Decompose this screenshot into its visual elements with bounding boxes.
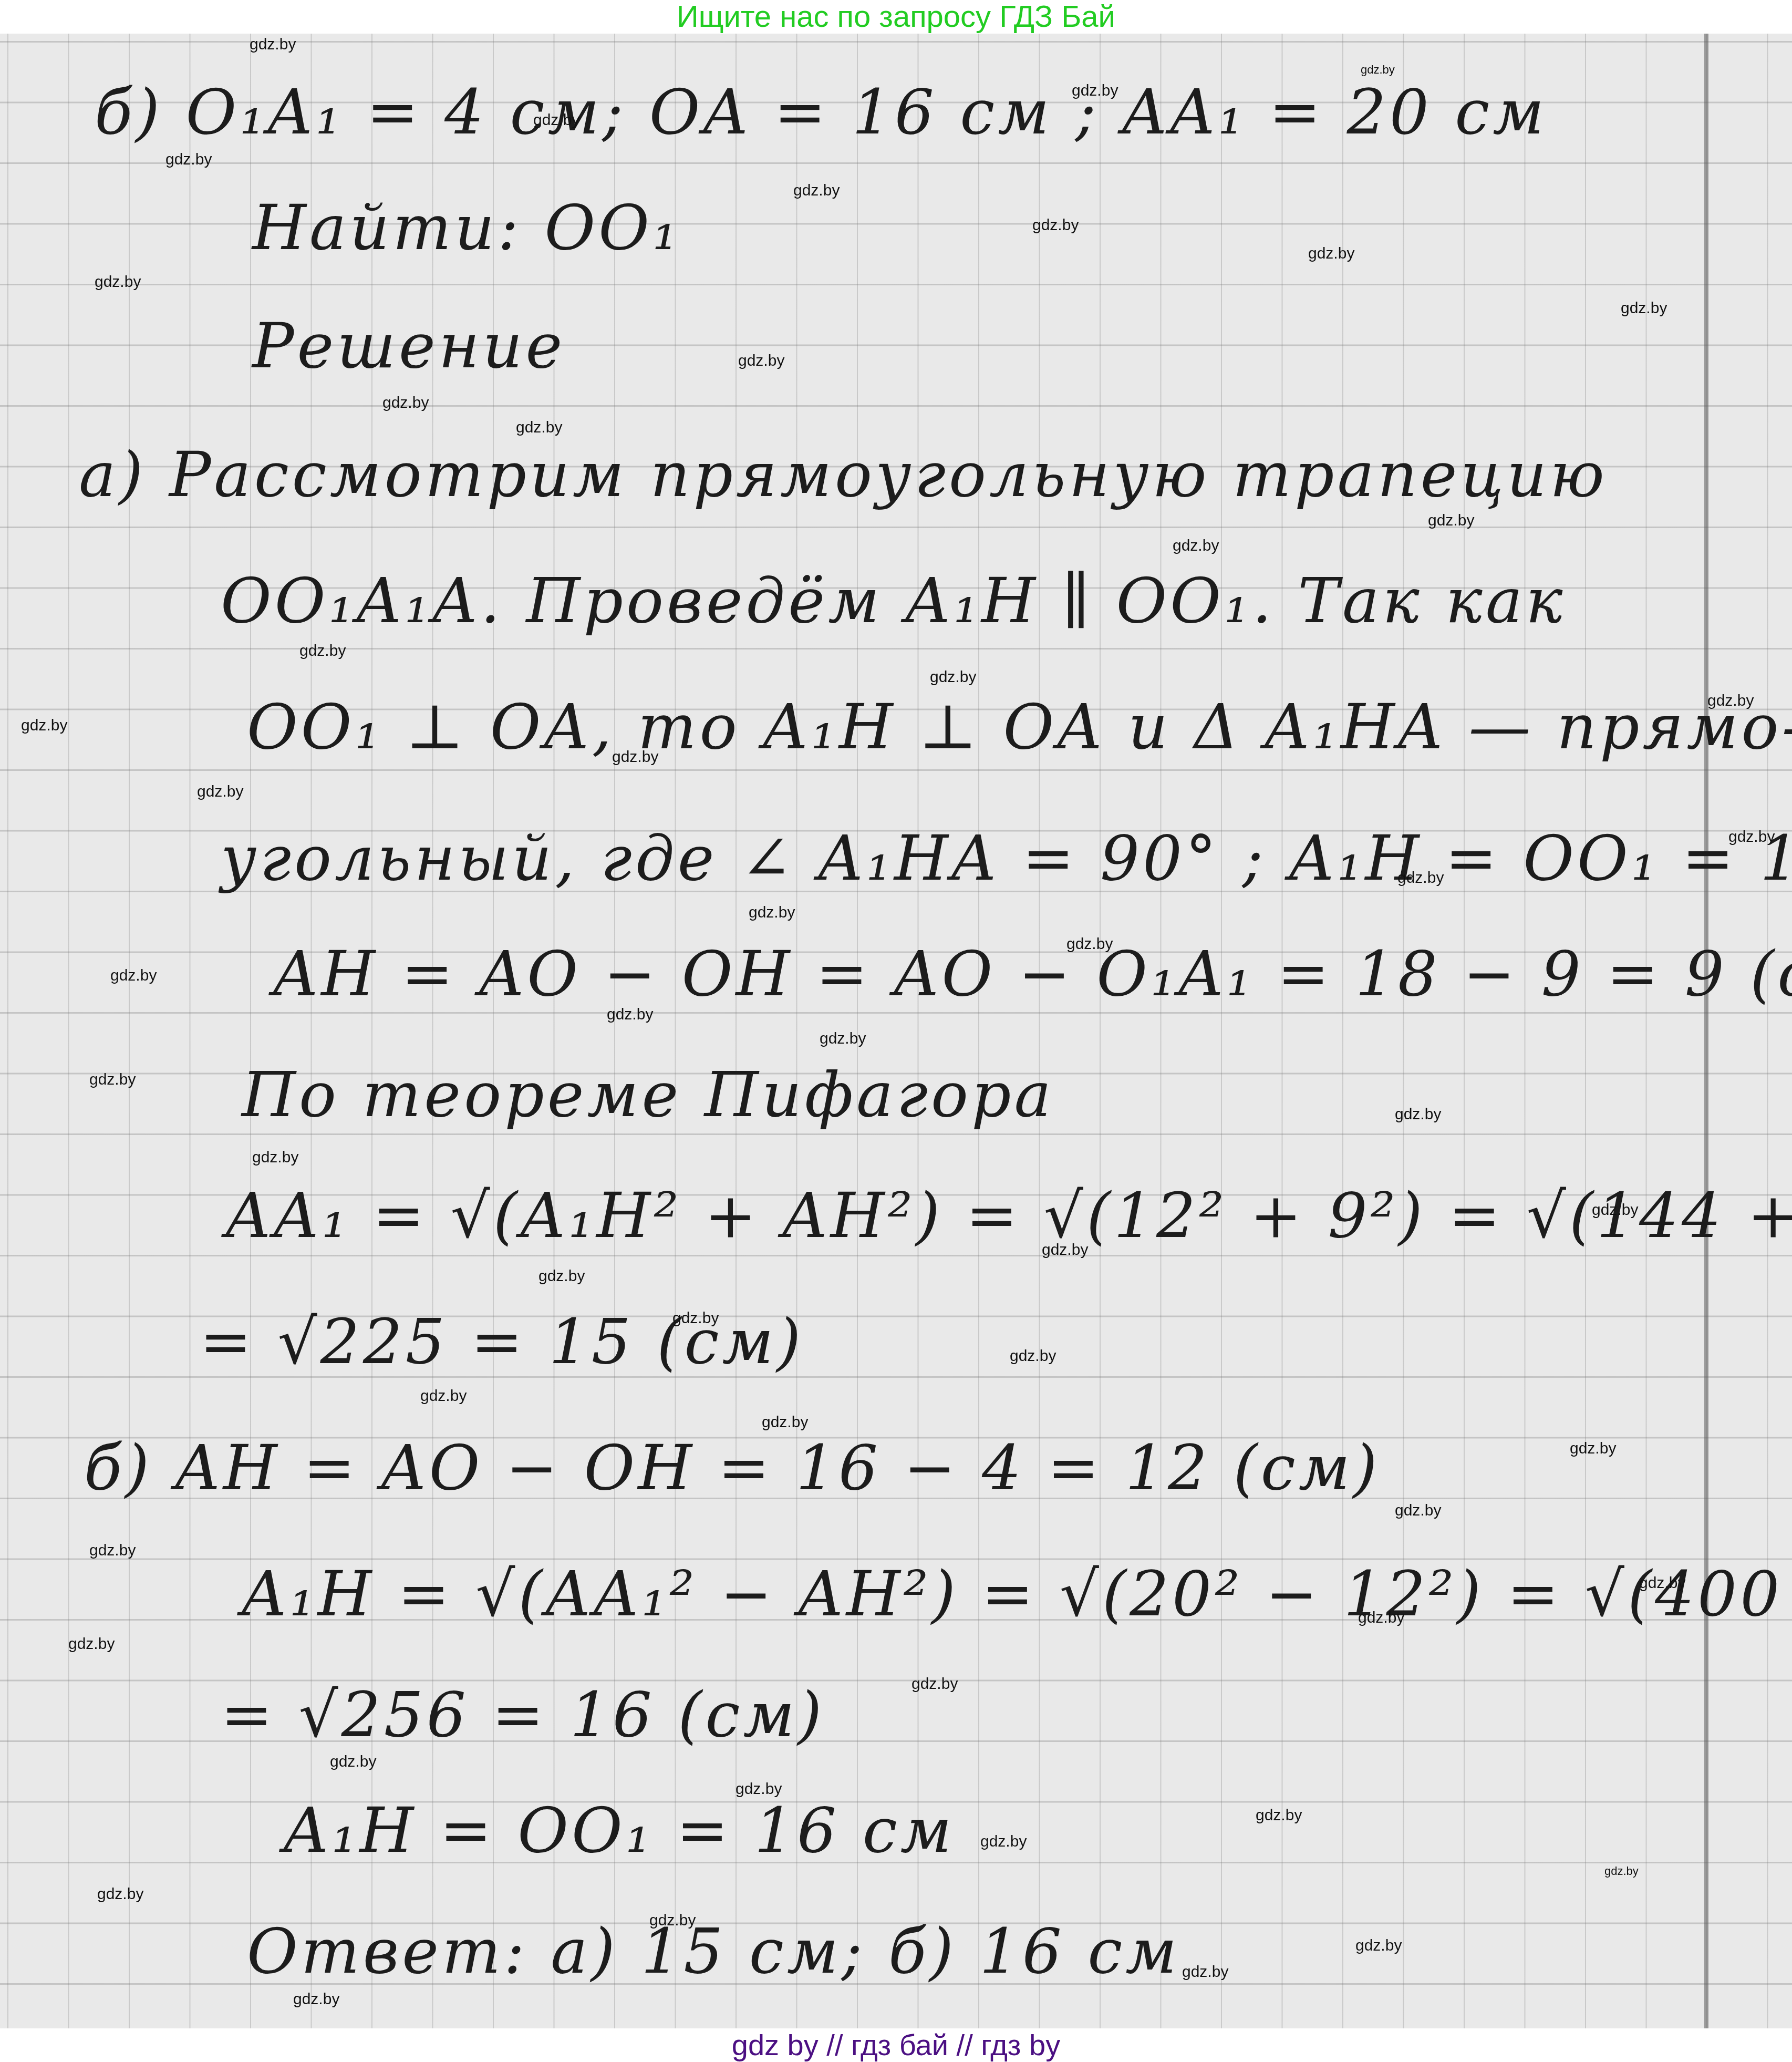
watermark: gdz.by: [1042, 1241, 1088, 1259]
watermark: gdz.by: [1428, 512, 1474, 530]
watermark: gdz.by: [250, 36, 296, 54]
site-footer-banner: gdz by // гдз бай // гдз by: [0, 2028, 1792, 2062]
watermark: gdz.by: [930, 668, 976, 686]
watermark: gdz.by: [1397, 869, 1444, 887]
watermark: gdz.by: [793, 182, 840, 200]
watermark: gdz.by: [672, 1310, 719, 1327]
watermark: gdz.by: [293, 1991, 339, 2008]
watermark: gdz.by: [89, 1071, 136, 1089]
watermark: gdz.by: [762, 1414, 808, 1431]
watermark: gdz.by: [1592, 1201, 1638, 1219]
watermark: gdz.by: [649, 1912, 696, 1930]
solution-line-b2: A₁H = √(AA₁² − AH²) = √(20² − 12²) = √(4…: [242, 1558, 1792, 1630]
watermark: gdz.by: [89, 1542, 136, 1560]
watermark: gdz.by: [980, 1833, 1027, 1851]
watermark: gdz.by: [1072, 82, 1118, 100]
solution-line-b3: = √256 = 16 (см): [221, 1678, 825, 1751]
watermark: gdz.by: [1173, 537, 1219, 555]
watermark: gdz.by: [1355, 1937, 1402, 1955]
watermark: gdz.by: [1010, 1347, 1056, 1365]
watermark: gdz.by: [165, 151, 212, 169]
watermark: gdz.by: [1639, 1574, 1685, 1592]
solution-line-b4: A₁H = OO₁ = 16 см: [284, 1794, 955, 1867]
notebook-page-scan: б) O₁A₁ = 4 см; OA = 16 см ; AA₁ = 20 см…: [0, 34, 1792, 2028]
solution-heading: Решение: [252, 310, 565, 382]
watermark: gdz.by: [516, 419, 562, 437]
watermark: gdz.by: [1395, 1106, 1441, 1123]
watermark: gdz.by: [607, 1006, 653, 1024]
watermark: gdz.by: [736, 1780, 782, 1798]
solution-line-a3: OO₁ ⊥ OA, то A₁H ⊥ OA и Δ A₁HA — прямо-: [247, 690, 1792, 763]
watermark: gdz.by: [110, 967, 157, 985]
pythagoras-heading: По теореме Пифагора: [242, 1058, 1054, 1131]
given-line: б) O₁A₁ = 4 см; OA = 16 см ; AA₁ = 20 см: [95, 76, 1547, 148]
watermark: gdz.by: [1604, 1864, 1639, 1878]
watermark: gdz.by: [1308, 245, 1354, 263]
watermark: gdz.by: [1066, 935, 1113, 953]
watermark: gdz.by: [97, 1885, 143, 1903]
solution-line-b1: б) AH = AO − OH = 16 − 4 = 12 (см): [84, 1431, 1381, 1504]
solution-line-a1: а) Рассмотрим прямоугольную трапецию: [79, 438, 1608, 511]
watermark: gdz.by: [1570, 1440, 1616, 1458]
watermark: gdz.by: [382, 394, 429, 412]
watermark: gdz.by: [1361, 63, 1395, 77]
solution-line-a2: OO₁A₁A. Проведём A₁H ∥ OO₁. Так как: [221, 564, 1566, 637]
watermark: gdz.by: [1358, 1609, 1404, 1627]
find-line: Найти: OO₁: [252, 191, 680, 264]
watermark: gdz.by: [1032, 216, 1079, 234]
watermark: gdz.by: [299, 642, 346, 660]
watermark: gdz.by: [1707, 692, 1754, 710]
watermark: gdz.by: [197, 783, 243, 801]
watermark: gdz.by: [749, 904, 795, 922]
watermark: gdz.by: [538, 1267, 585, 1285]
watermark: gdz.by: [738, 352, 784, 370]
watermark: gdz.by: [612, 748, 658, 766]
notebook-margin-line: [1704, 34, 1708, 2028]
watermark: gdz.by: [1182, 1963, 1228, 1981]
watermark: gdz.by: [95, 273, 141, 291]
watermark: gdz.by: [1621, 300, 1667, 317]
solution-line-a5: AH = AO − OH = AO − O₁A₁ = 18 − 9 = 9 (с…: [273, 937, 1792, 1010]
watermark: gdz.by: [1256, 1807, 1302, 1824]
watermark: gdz.by: [1728, 828, 1775, 846]
watermark: gdz.by: [420, 1387, 467, 1405]
watermark: gdz.by: [1395, 1502, 1441, 1520]
solution-line-a4: угольный, где ∠ A₁HA = 90° ; A₁H = OO₁ =…: [221, 822, 1792, 894]
watermark: gdz.by: [330, 1753, 376, 1771]
watermark: gdz.by: [820, 1030, 866, 1048]
watermark: gdz.by: [533, 111, 579, 129]
search-hint-banner: Ищите нас по запросу ГДЗ Бай: [0, 0, 1792, 34]
watermark: gdz.by: [252, 1149, 298, 1167]
watermark: gdz.by: [21, 717, 67, 735]
answer-line: Ответ: а) 15 см; б) 16 см: [247, 1915, 1180, 1987]
watermark: gdz.by: [911, 1675, 958, 1693]
solution-line-a6: AA₁ = √(A₁H² + AH²) = √(12² + 9²) = √(14…: [226, 1179, 1792, 1252]
watermark: gdz.by: [68, 1635, 115, 1653]
